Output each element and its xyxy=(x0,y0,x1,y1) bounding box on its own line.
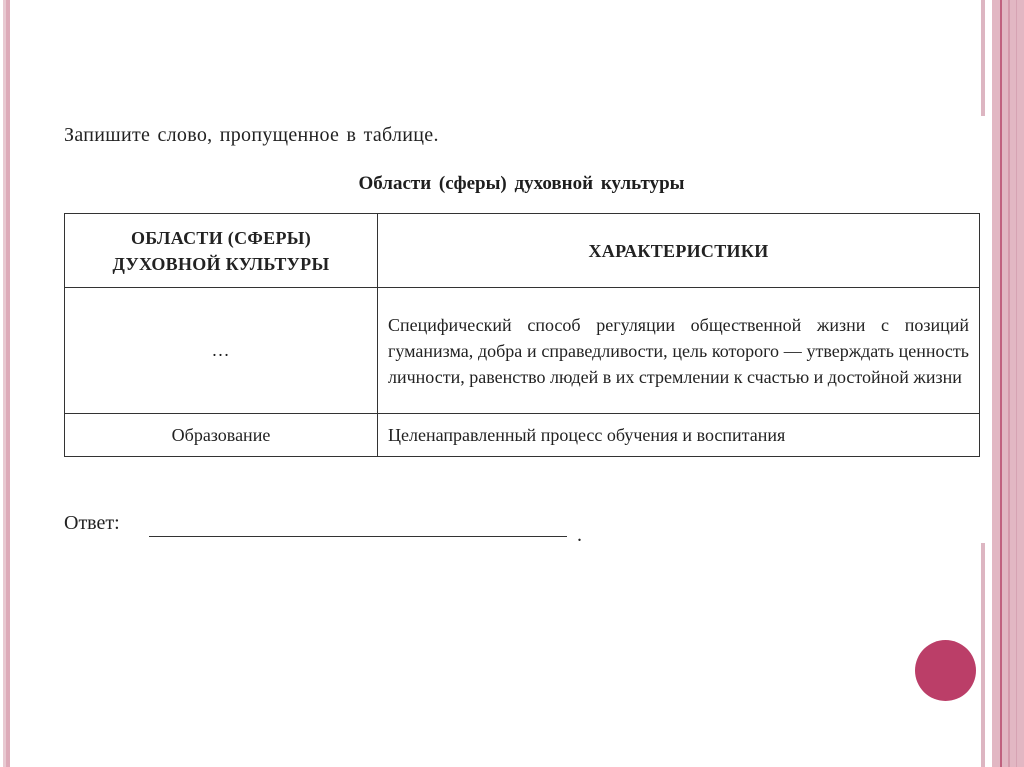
table-row: Образование Целенаправленный процесс обу… xyxy=(65,414,980,457)
spheres-table: ОБЛАСТИ (СФЕРЫ) ДУХОВНОЙ КУЛЬТУРЫ ХАРАКТ… xyxy=(64,213,980,457)
table-row: … Специфический способ регуляции обществ… xyxy=(65,288,980,414)
characteristic-cell: Целенаправленный процесс обучения и восп… xyxy=(378,414,980,457)
right-border-line xyxy=(1000,0,1002,767)
answer-blank-field[interactable] xyxy=(149,536,567,537)
left-border-stripe-accent xyxy=(6,0,10,767)
right-border-line xyxy=(1016,0,1017,767)
answer-label: Ответ: xyxy=(64,512,120,535)
header-area: ОБЛАСТИ (СФЕРЫ) ДУХОВНОЙ КУЛЬТУРЫ xyxy=(65,214,378,288)
missing-area-cell: … xyxy=(65,288,378,414)
right-thin-stripe-top xyxy=(981,0,985,116)
area-cell: Образование xyxy=(65,414,378,457)
characteristic-cell: Специфический способ регуляции обществен… xyxy=(378,288,980,414)
right-border-line xyxy=(1008,0,1010,767)
header-characteristics: ХАРАКТЕРИСТИКИ xyxy=(378,214,980,288)
table-header-row: ОБЛАСТИ (СФЕРЫ) ДУХОВНОЙ КУЛЬТУРЫ ХАРАКТ… xyxy=(65,214,980,288)
task-instruction: Запишите слово, пропущенное в таблице. xyxy=(64,124,439,147)
header-area-line2: ДУХОВНОЙ КУЛЬТУРЫ xyxy=(113,254,330,274)
right-thin-stripe-bottom xyxy=(981,543,985,767)
missing-word-placeholder: … xyxy=(212,340,231,360)
answer-end-mark: . xyxy=(577,524,582,547)
decorative-circle-icon xyxy=(915,640,976,701)
table-title: Области (сферы) духовной культуры xyxy=(64,173,979,195)
header-area-line1: ОБЛАСТИ (СФЕРЫ) xyxy=(131,228,311,248)
